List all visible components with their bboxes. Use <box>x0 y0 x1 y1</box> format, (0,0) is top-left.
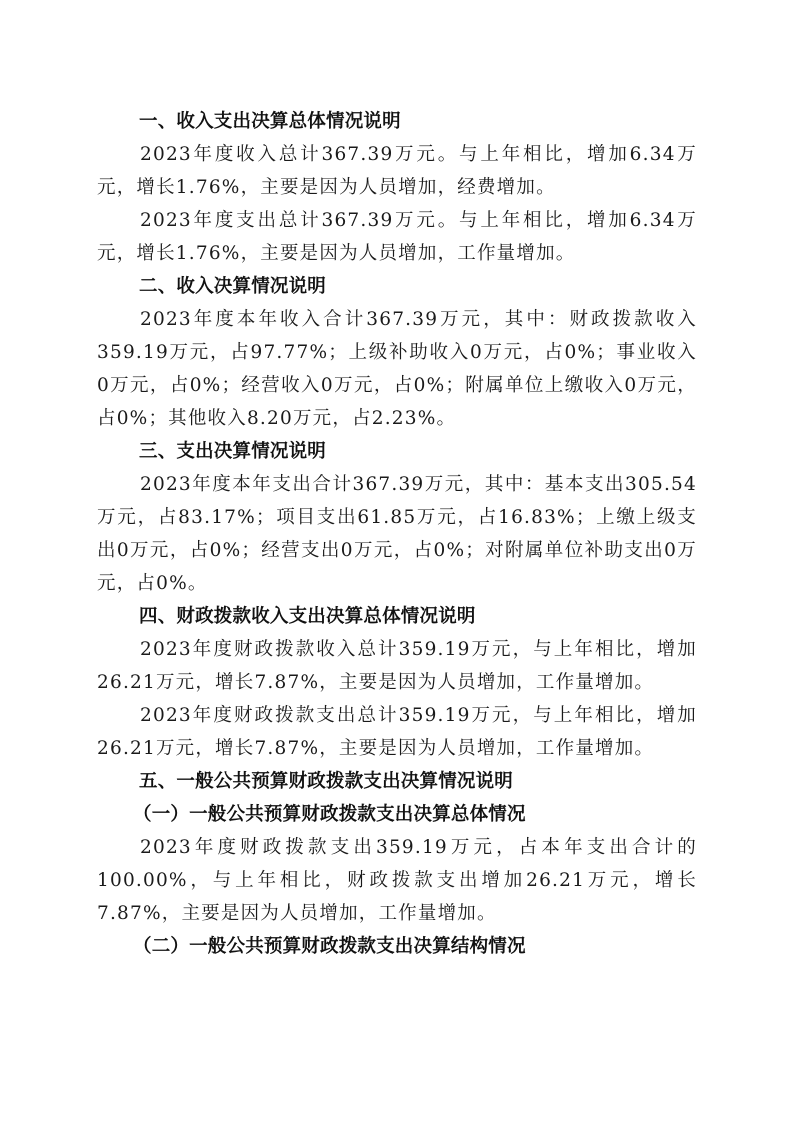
section-heading-4: 四、财政拨款收入支出决算总体情况说明 <box>97 600 697 633</box>
paragraph: 2023年度财政拨款支出359.19万元，占本年支出合计的100.00%，与上年… <box>97 831 697 930</box>
paragraph: 2023年度本年支出合计367.39万元，其中：基本支出305.54万元，占83… <box>97 468 697 600</box>
paragraph: 2023年度支出总计367.39万元。与上年相比，增加6.34万元，增长1.76… <box>97 204 697 270</box>
section-heading-5: 五、一般公共预算财政拨款支出决算情况说明 <box>97 765 697 798</box>
subsection-heading-5-2: （二）一般公共预算财政拨款支出决算结构情况 <box>97 930 697 963</box>
paragraph: 2023年度财政拨款支出总计359.19万元，与上年相比，增加26.21万元，增… <box>97 699 697 765</box>
document-page: 一、收入支出决算总体情况说明 2023年度收入总计367.39万元。与上年相比，… <box>97 105 697 963</box>
paragraph: 2023年度本年收入合计367.39万元，其中：财政拨款收入359.19万元，占… <box>97 303 697 435</box>
paragraph: 2023年度财政拨款收入总计359.19万元，与上年相比，增加26.21万元，增… <box>97 633 697 699</box>
section-heading-2: 二、收入决算情况说明 <box>97 270 697 303</box>
paragraph: 2023年度收入总计367.39万元。与上年相比，增加6.34万元，增长1.76… <box>97 138 697 204</box>
section-heading-3: 三、支出决算情况说明 <box>97 435 697 468</box>
subsection-heading-5-1: （一）一般公共预算财政拨款支出决算总体情况 <box>97 798 697 831</box>
section-heading-1: 一、收入支出决算总体情况说明 <box>97 105 697 138</box>
